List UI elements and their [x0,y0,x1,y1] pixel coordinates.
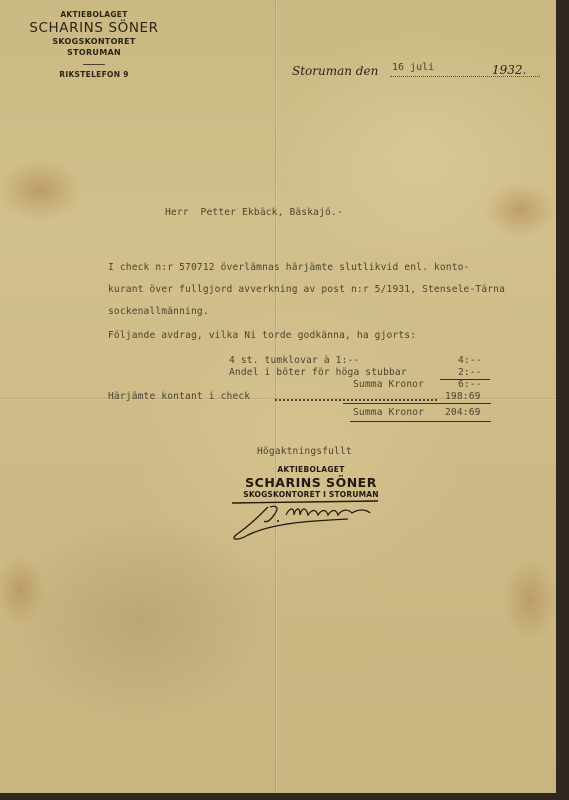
letterhead-divider [83,64,105,65]
letterhead-company-type: AKTIEBOLAGET [14,10,174,20]
subtotal-label: Summa Kronor [353,379,424,390]
cash-amount: 198:69 [445,391,481,402]
body-line-1: I check n:r 570712 överlämnas härjämte s… [108,262,469,273]
stamp-company-name: SCHARINS SÖNER [226,475,396,490]
background-edge-bottom [0,793,569,800]
deduction-item-label: 4 st. tumklovar à 1:-- [229,355,359,366]
total-label: Summa Kronor [353,407,424,418]
letterhead-department: SKOGSKONTORET [14,36,174,47]
date-year: 1932. [492,63,526,77]
total-amount: 204:69 [445,407,481,418]
letterhead: AKTIEBOLAGET SCHARINS SÖNER SKOGSKONTORE… [14,10,174,80]
cash-leader-dots [275,399,437,401]
deduction-item-label: Andel i böter för höga stubbar [229,367,407,378]
recipient: Herr Petter Ekbäck, Bäskajö.- [165,207,343,218]
date-line: Storuman den 16 juli 1932. [292,62,532,82]
date-day-month: 16 juli [392,62,434,73]
deduction-item-amount: 4:-- [458,355,482,366]
deduction-item-amount: 2:-- [458,367,482,378]
closing: Högaktningsfullt [257,446,352,457]
letterhead-phone: RIKSTELEFON 9 [14,70,174,80]
letterhead-company-name: SCHARINS SÖNER [14,20,174,36]
body-line-2: kurant över fullgjord avverkning av post… [108,284,505,295]
fold-crease-vertical [275,0,277,793]
stamp-company-type: AKTIEBOLAGET [226,465,396,475]
letterhead-city: STORUMAN [14,47,174,58]
background-edge-right [556,0,569,800]
body-line-3: sockenallmänning. [108,306,209,317]
cash-label: Härjämte kontant i check [108,391,250,402]
body-paragraph-2: Följande avdrag, vilka Ni torde godkänna… [108,330,416,341]
total-rule-bottom [350,421,491,422]
total-rule-top [343,403,491,404]
signature [228,495,388,545]
date-place: Storuman den [292,64,378,78]
subtotal-amount: 6:-- [458,379,482,390]
